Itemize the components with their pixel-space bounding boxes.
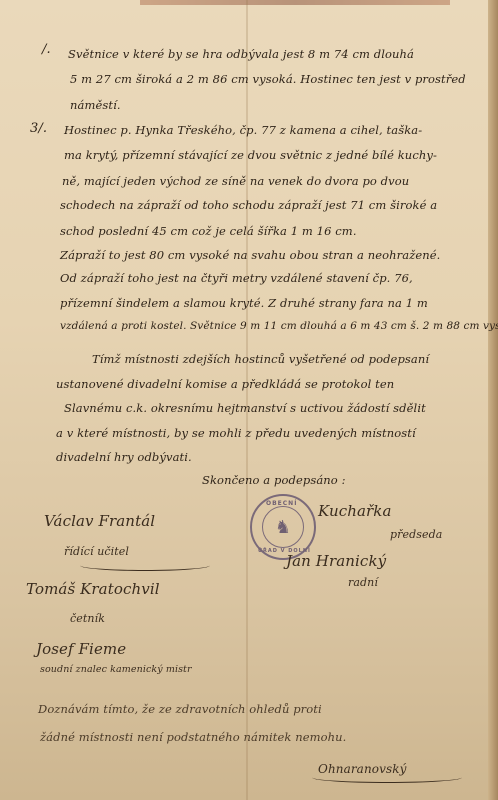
signature-kratochvil-role: četník: [70, 612, 105, 625]
page-binding-edge: [488, 0, 498, 800]
signature-frantal-name: Václav Frantál: [44, 512, 155, 530]
signature-kratochvil-name: Tomáš Kratochvil: [26, 580, 160, 598]
closing-line-1: Tímž místnosti zdejších hostinců vyšetře…: [92, 352, 429, 366]
para1-line-3: náměstí.: [70, 98, 121, 112]
postscript-line-1: Doznávám tímto, že ze zdravotních ohledů…: [38, 702, 322, 716]
signature-frantal-role: řídící učitel: [64, 545, 129, 558]
final-signature-flourish: [312, 772, 462, 783]
para3-line-4: schodech na zápraží od toho schodu zápra…: [60, 198, 437, 212]
para3-line-2: ma krytý, přízemní stávající ze dvou svě…: [64, 148, 437, 162]
section-marker-1: /.: [42, 42, 51, 57]
page-fold-line: [246, 0, 248, 800]
para3-line-9: vzdálená a proti kostel. Světnice 9 m 11…: [60, 320, 498, 332]
signature-fieme-role: soudní znalec kamenický mistr: [40, 664, 192, 675]
signature-fieme-name: Josef Fieme: [36, 640, 126, 658]
page-top-edge: [140, 0, 450, 5]
para1-line-1: Světnice v které by se hra odbývala jest…: [68, 47, 414, 61]
para1-line-2: 5 m 27 cm široká a 2 m 86 cm vysoká. Hos…: [70, 72, 466, 86]
signature-chairman-name: Kuchařka: [318, 502, 392, 520]
para3-line-8: přízemní šindelem a slamou kryté. Z druh…: [60, 296, 428, 310]
signature-flourish: [80, 560, 210, 571]
closing-line-2: ustanovené divadelní komise a předkládá …: [56, 377, 394, 391]
signature-chairman-role: předseda: [390, 528, 442, 541]
closing-line-5: divadelní hry odbývati.: [56, 450, 192, 464]
stamp-text-top: OBECNÍ: [266, 500, 297, 507]
para3-line-5: schod poslední 45 cm což je celá šířka 1…: [60, 224, 357, 238]
signature-councillor-role: radní: [348, 576, 378, 589]
closing-formula: Skončeno a podepsáno :: [202, 473, 346, 487]
postscript-line-2: žádné místnosti není podstatného námitek…: [40, 730, 346, 744]
document-page: /. Světnice v které by se hra odbývala j…: [0, 0, 498, 800]
closing-line-3: Slavnému c.k. okresnímu hejtmanství s uc…: [64, 401, 426, 415]
section-marker-3: 3/.: [30, 121, 47, 136]
para3-line-6: Zápraží to jest 80 cm vysoké na svahu ob…: [60, 248, 440, 262]
para3-line-7: Od zápraží toho jest na čtyři metry vzdá…: [60, 271, 413, 285]
para3-line-1: Hostinec p. Hynka Třeského, čp. 77 z kam…: [64, 123, 422, 137]
lion-emblem-icon: ♞: [262, 506, 304, 548]
official-stamp: OBECNÍ ♞ ÚŘAD V DOLNÍ: [250, 494, 316, 560]
signature-councillor-name: Jan Hranický: [286, 552, 386, 570]
closing-line-4: a v které místnosti, by se mohli z předu…: [56, 426, 416, 440]
para3-line-3: ně, mající jeden východ ze síně na venek…: [62, 174, 409, 188]
